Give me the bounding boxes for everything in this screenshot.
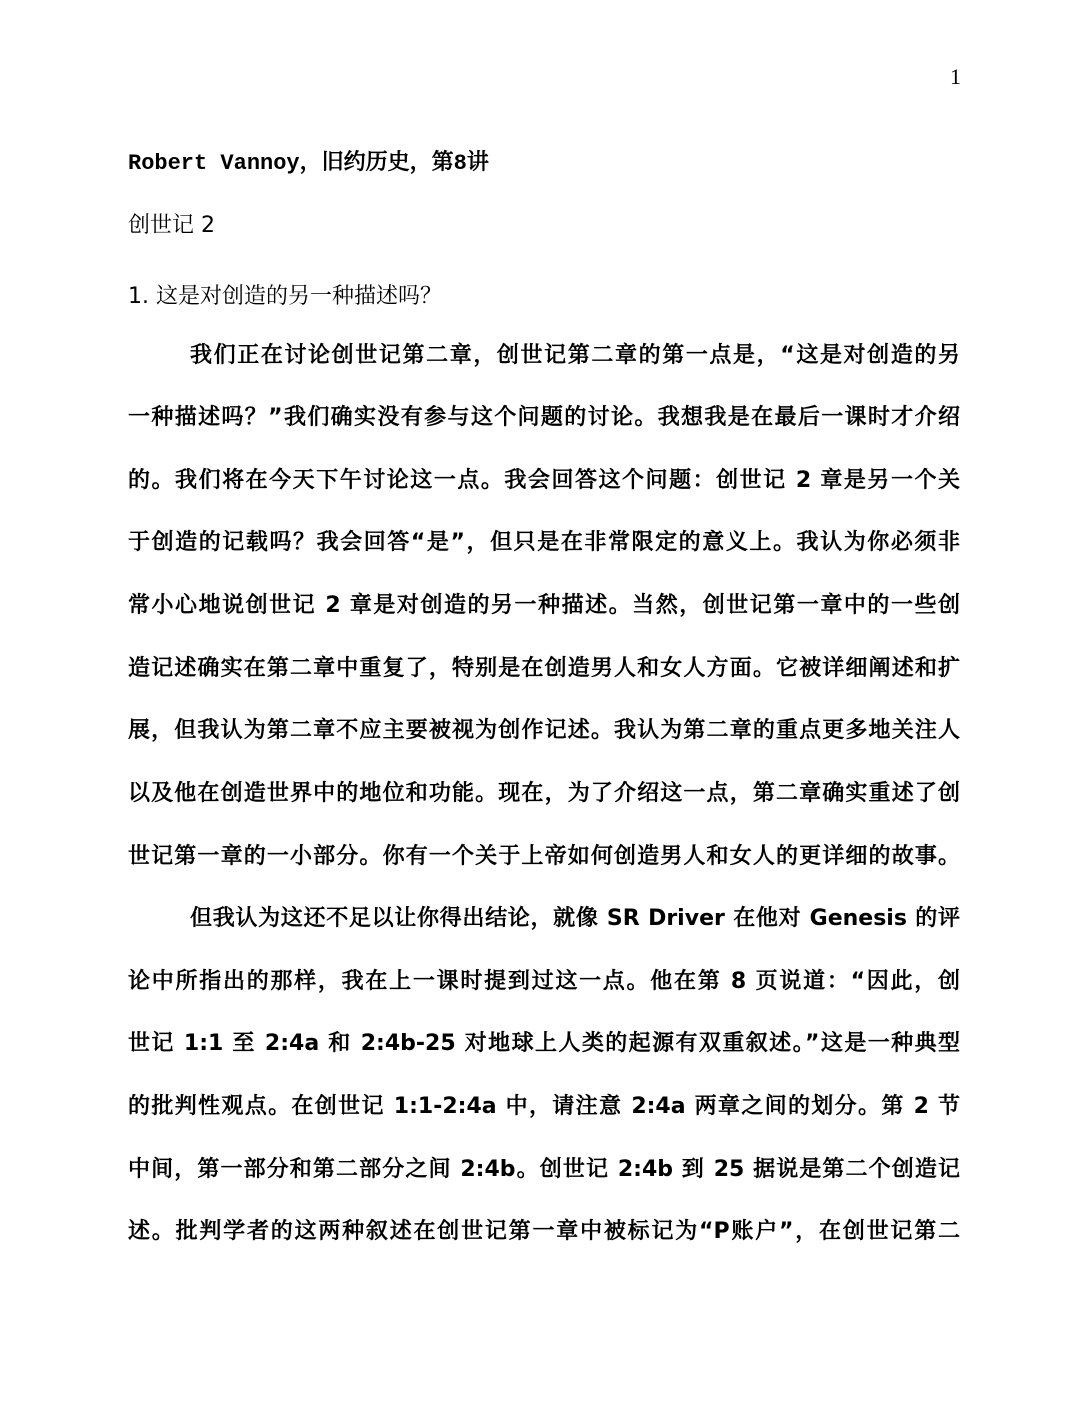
text-line: 但我认为这还不足以让你得出结论，就像 SR Driver 在他对 Genesis… — [190, 905, 960, 933]
page-number: 1 — [950, 64, 961, 90]
document-subtitle: 创世记 2 — [128, 212, 215, 240]
text-line: 我们正在讨论创世记第二章，创世记第二章的第一点是，“这是对创造的另 — [190, 342, 960, 370]
text-line: 的。我们将在今天下午讨论这一点。我会回答这个问题：创世记 2 章是另一个关 — [128, 467, 960, 495]
text-line: 以及他在创造世界中的地位和功能。现在，为了介绍这一点，第二章确实重述了创 — [128, 780, 960, 808]
text-line: 世记第一章的一小部分。你有一个关于上帝如何创造男人和女人的更详细的故事。 — [128, 843, 960, 871]
text-line: 造记述确实在第二章中重复了，特别是在创造男人和女人方面。它被详细阐述和扩 — [128, 655, 960, 683]
text-line: 中间，第一部分和第二部分之间 2:4b。创世记 2:4b 到 25 据说是第二个… — [128, 1156, 960, 1184]
text-line: 展，但我认为第二章不应主要被视为创作记述。我认为第二章的重点更多地关注人 — [128, 717, 960, 745]
document-title: Robert Vannoy，旧约历史，第8讲 — [128, 150, 489, 178]
text-line: 世记 1:1 至 2:4a 和 2:4b-25 对地球上人类的起源有双重叙述。”… — [128, 1030, 960, 1058]
text-line: 一种描述吗？”我们确实没有参与这个问题的讨论。我想我是在最后一课时才介绍 — [128, 404, 960, 432]
text-line: 的批判性观点。在创世记 1:1-2:4a 中，请注意 2:4a 两章之间的划分。… — [128, 1093, 960, 1121]
text-line: 于创造的记载吗？我会回答“是”，但只是在非常限定的意义上。我认为你必须非 — [128, 529, 960, 557]
text-line: 常小心地说创世记 2 章是对创造的另一种描述。当然，创世记第一章中的一些创 — [128, 592, 960, 620]
text-line: 述。批判学者的这两种叙述在创世记第一章中被标记为“P账户”，在创世记第二 — [128, 1218, 960, 1246]
section-heading: 1. 这是对创造的另一种描述吗？ — [128, 283, 442, 311]
text-line: 论中所指出的那样，我在上一课时提到过这一点。他在第 8 页说道：“因此，创 — [128, 968, 960, 996]
